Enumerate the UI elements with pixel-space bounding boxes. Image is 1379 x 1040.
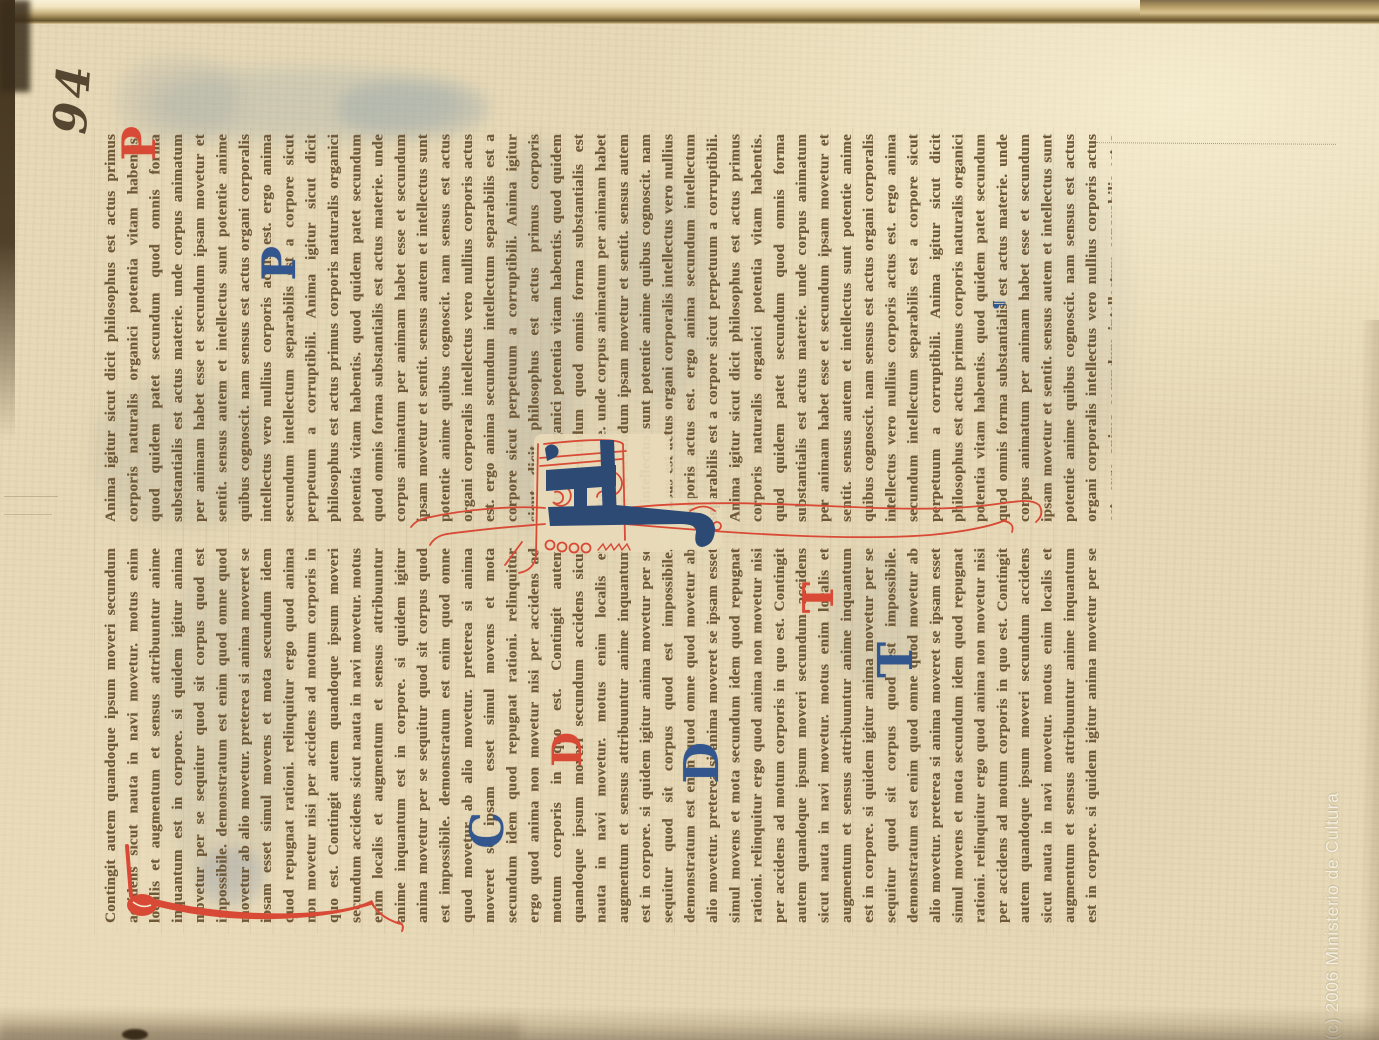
ruling-margin-line (4, 514, 52, 515)
book-top-edge-right (1140, 0, 1379, 16)
ruling-margin-line (4, 496, 58, 497)
copyright-watermark: (c) 2006 Ministerio de Cultura (1322, 678, 1343, 1040)
folio-number: 94 (43, 32, 104, 136)
text-column-band-bottom: Contingit autem quandoque ipsum moveri s… (100, 548, 1108, 923)
manuscript-scan-page: Anima igitur sicut dicit philosophus est… (0, 0, 1379, 1040)
page-right-shadow (1360, 320, 1379, 1040)
text-column-band-top: Anima igitur sicut dicit philosophus est… (100, 134, 1112, 522)
page-bottom-shadow (0, 1012, 520, 1040)
parchment-dark-spot (122, 1029, 148, 1040)
ruling-dotted-line (1096, 142, 1336, 145)
scan-corner-shadow (0, 0, 30, 92)
